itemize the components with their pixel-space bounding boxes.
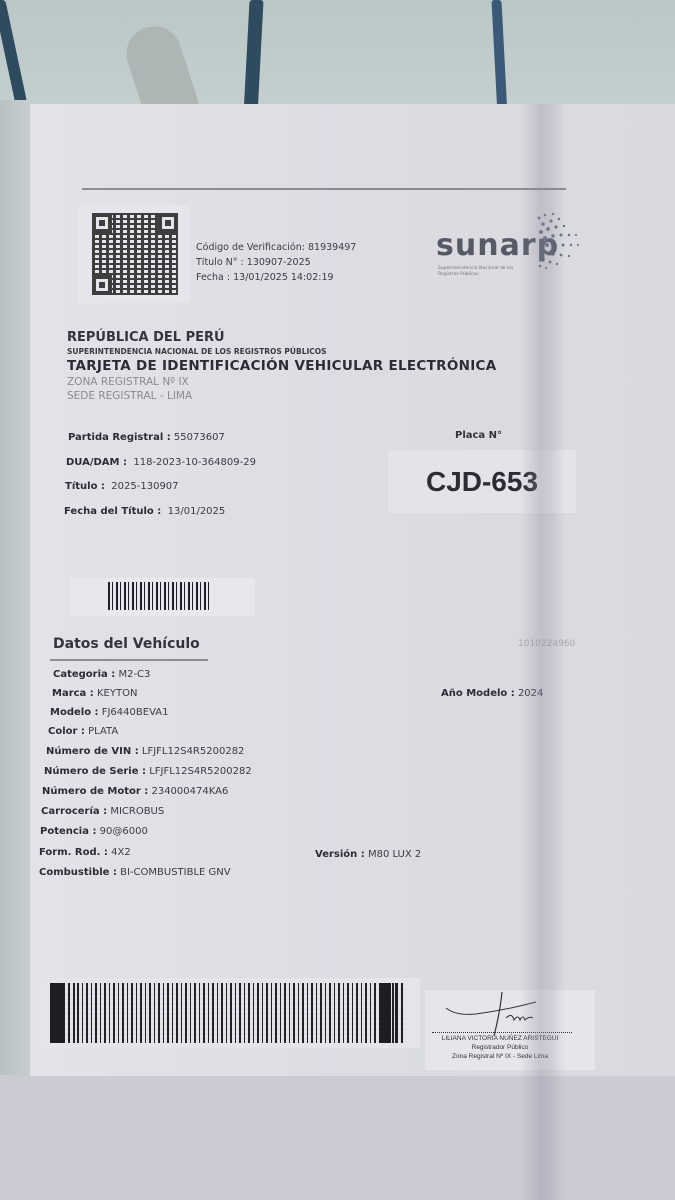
verification-code: 81939497 (308, 242, 356, 253)
registry-value: 118-2023-10-364809-29 (133, 457, 256, 468)
registry-label: DUA/DAM : (66, 457, 127, 468)
field-anio-modelo: Año Modelo : 2024 (441, 688, 543, 699)
agency-name: SUPERINTENDENCIA NACIONAL DE LOS REGISTR… (67, 347, 497, 356)
field-marca: Marca : KEYTON (52, 688, 137, 699)
plate-box: CJD-653 (388, 450, 576, 513)
pdf417-barcode-icon (50, 983, 405, 1043)
divider (82, 188, 566, 190)
registry-value: 2025-130907 (111, 481, 178, 492)
field-color: Color : PLATA (48, 726, 118, 737)
field-modelo: Modelo : FJ6440BEVA1 (50, 707, 168, 718)
fecha-value: 13/01/2025 14:02:19 (233, 272, 333, 283)
field-carroceria: Carrocería : MICROBUS (41, 806, 164, 817)
document-title: TARJETA DE IDENTIFICACIÓN VEHICULAR ELEC… (67, 358, 497, 374)
plate-label: Placa N° (455, 430, 502, 441)
signatory-block: LILIANA VICTORIA NUÑEZ ARISTEGUI Registr… (430, 1034, 570, 1061)
logo-subtitle: Superintendencia Nacional de los Registr… (438, 266, 528, 278)
signatory-office: Zona Registral Nº IX - Sede Lima (430, 1052, 570, 1061)
signatory-name: LILIANA VICTORIA NUÑEZ ARISTEGUI (430, 1034, 570, 1043)
barcode-icon (108, 582, 211, 610)
registry-info: Partida Registral : 55073607 DUA/DAM : 1… (64, 432, 256, 530)
field-vin: Número de VIN : LFJFL12S4R5200282 (46, 746, 244, 757)
field-motor: Número de Motor : 234000474KA6 (42, 786, 228, 797)
plate-number: CJD-653 (426, 466, 538, 498)
country-name: REPÚBLICA DEL PERÚ (67, 330, 497, 345)
logo-wordmark: sunarp (436, 228, 559, 263)
registry-label: Fecha del Título : (64, 506, 161, 517)
field-serie: Número de Serie : LFJFL12S4R5200282 (44, 766, 252, 777)
sunarp-logo: sunarp Superintendencia Nacional de los … (436, 210, 581, 285)
field-form-rod: Form. Rod. : 4X2 (39, 847, 131, 858)
divider (50, 659, 208, 661)
registry-label: Partida Registral : (68, 432, 171, 443)
field-categoria: Categoria : M2-C3 (53, 669, 150, 680)
background-edge (0, 100, 30, 1200)
signatory-role: Registrador Público (430, 1043, 570, 1052)
field-version: Versión : M80 LUX 2 (315, 849, 421, 860)
signature-line (432, 1032, 572, 1033)
field-potencia: Potencia : 90@6000 (40, 826, 148, 837)
registry-office: SEDE REGISTRAL - LIMA (67, 390, 497, 402)
verification-code-label: Código de Verificación: (196, 242, 305, 253)
registry-value: 55073607 (174, 432, 225, 443)
background-surface (0, 1075, 675, 1200)
titulo-number: 130907-2025 (247, 257, 311, 268)
section-title-vehicle-data: Datos del Vehículo (53, 636, 200, 652)
titulo-label: Título N° : (196, 257, 244, 268)
verification-block: Código de Verificación: 81939497 Título … (196, 240, 356, 285)
signature-icon (440, 988, 560, 1038)
registry-zone: ZONA REGISTRAL Nº IX (67, 376, 497, 388)
document-number: 1010224960 (518, 639, 575, 649)
qr-code-icon (92, 213, 178, 295)
fecha-label: Fecha : (196, 272, 230, 283)
registry-value: 13/01/2025 (168, 506, 226, 517)
document-header: REPÚBLICA DEL PERÚ SUPERINTENDENCIA NACI… (67, 330, 497, 402)
field-combustible: Combustible : BI-COMBUSTIBLE GNV (39, 867, 231, 878)
registry-label: Título : (65, 481, 105, 492)
